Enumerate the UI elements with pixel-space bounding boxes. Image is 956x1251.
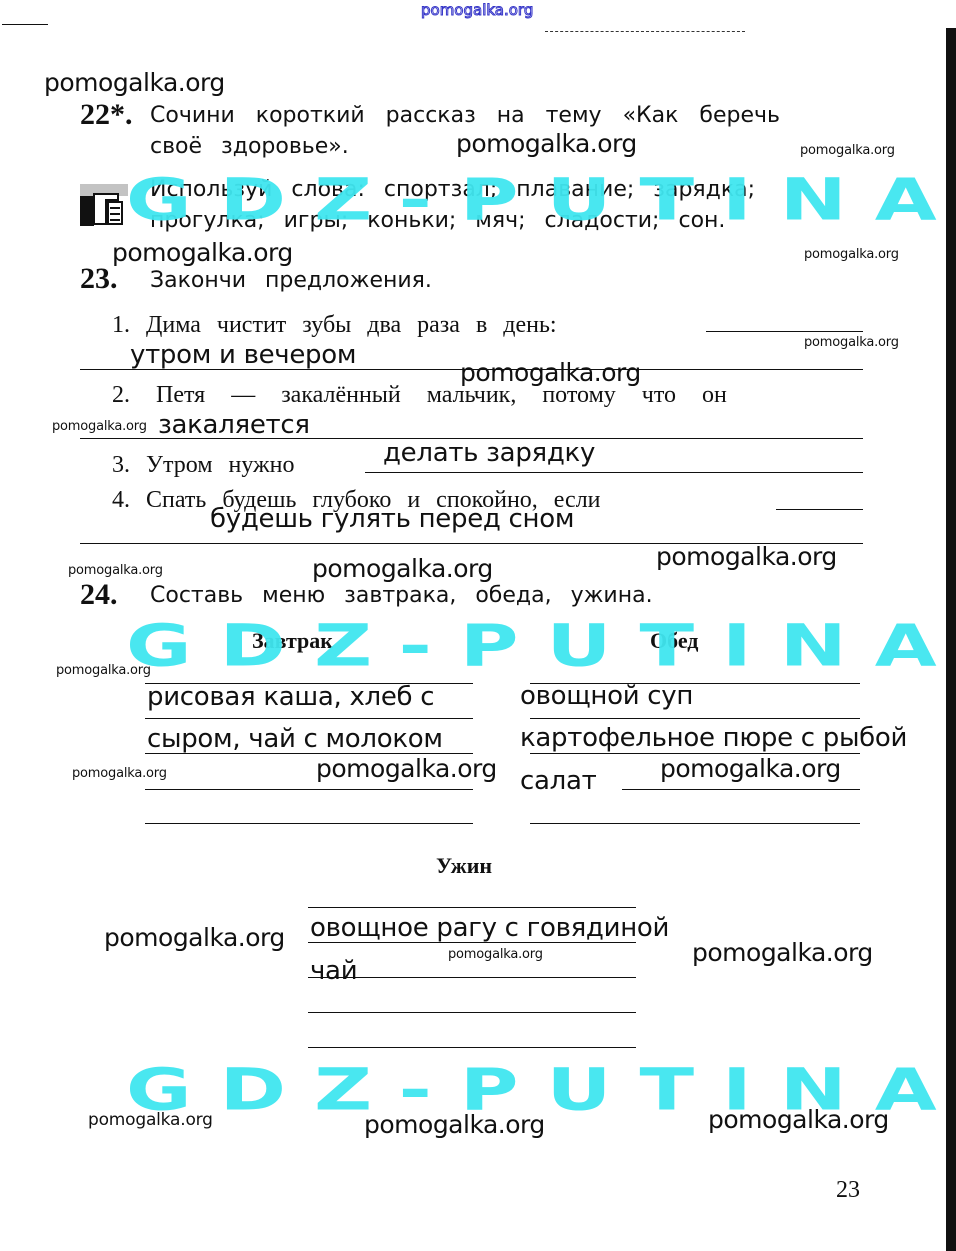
dinner-line: [308, 1047, 636, 1048]
pointing-hand-icon: [78, 180, 130, 228]
task-22-text-line1: Сочини короткий рассказ на тему «Как бер…: [150, 103, 780, 128]
sentence-1-answer[interactable]: утром и вечером: [130, 340, 356, 370]
sentence-4-answer[interactable]: будешь гулять перед сном: [210, 504, 574, 534]
watermark-text: pomogalka.org: [692, 938, 873, 967]
watermark-text: pomogalka.org: [456, 129, 637, 158]
breakfast-item-1[interactable]: рисовая каша, хлеб с: [147, 682, 434, 712]
answer-line: [365, 472, 863, 473]
cyan-watermark: GDZ-PUTINA.RU: [126, 612, 956, 679]
watermark-text: pomogalka.org: [364, 1110, 545, 1139]
watermark-text: pomogalka.org: [448, 947, 543, 962]
answer-line: [776, 509, 863, 510]
task-22-text-line2: своё здоровье».: [150, 134, 349, 159]
watermark-text: pomogalka.org: [660, 754, 841, 783]
lunch-item-3[interactable]: салат: [520, 766, 596, 796]
task-22-number: 22*.: [80, 98, 133, 132]
watermark-text: pomogalka.org: [88, 1110, 213, 1130]
watermark-text: pomogalka.org: [656, 542, 837, 571]
lunch-line: [622, 789, 860, 790]
top-rule-right: [545, 31, 745, 32]
dinner-line: [308, 942, 636, 943]
lunch-item-1[interactable]: овощной суп: [520, 681, 693, 711]
task-24-title: Составь меню завтрака, обеда, ужина.: [150, 583, 653, 608]
watermark-text: pomogalka.org: [68, 563, 163, 578]
watermark-text: pomogalka.org: [52, 419, 147, 434]
sentence-3-answer[interactable]: делать зарядку: [383, 438, 595, 468]
breakfast-line: [145, 789, 473, 790]
task-24-number: 24.: [80, 578, 118, 612]
cyan-watermark: GDZ-PUTINA.RU: [126, 166, 956, 233]
dinner-line: [308, 977, 636, 978]
lunch-line: [530, 718, 860, 719]
sentence-3-prompt: 3. Утром нужно: [112, 452, 294, 479]
breakfast-item-2[interactable]: сыром, чай с молоком: [147, 724, 443, 754]
dinner-item-1[interactable]: овощное рагу с говядиной: [310, 913, 669, 943]
lunch-line: [530, 823, 860, 824]
watermark-text: pomogalka.org: [708, 1105, 889, 1134]
watermark-text: pomogalka.org: [44, 68, 225, 97]
dinner-line: [308, 1012, 636, 1013]
task-23-number: 23.: [80, 262, 118, 296]
top-rule-left: [2, 24, 48, 25]
lunch-item-2[interactable]: картофельное пюре с рыбой: [520, 723, 907, 753]
breakfast-line: [145, 823, 473, 824]
top-watermark: pomogalka.org: [421, 1, 533, 19]
dinner-item-2[interactable]: чай: [310, 956, 357, 986]
watermark-text: pomogalka.org: [316, 754, 497, 783]
sentence-2-prompt: 2. Петя — закалённый мальчик, потому что…: [112, 382, 727, 409]
sentence-1-prompt: 1. Дима чистит зубы два раза в день:: [112, 312, 557, 339]
watermark-text: pomogalka.org: [104, 923, 285, 952]
dinner-heading: Ужин: [436, 853, 492, 879]
watermark-text: pomogalka.org: [72, 766, 167, 781]
sentence-2-answer[interactable]: закаляется: [158, 410, 310, 440]
answer-line: [706, 331, 863, 332]
dinner-line: [308, 907, 636, 908]
watermark-text: pomogalka.org: [804, 335, 899, 350]
watermark-text: pomogalka.org: [56, 663, 151, 678]
page-number: 23: [836, 1177, 860, 1204]
watermark-text: pomogalka.org: [312, 554, 493, 583]
watermark-text: pomogalka.org: [112, 238, 293, 267]
task-23-title: Закончи предложения.: [150, 268, 432, 293]
watermark-text: pomogalka.org: [800, 143, 895, 158]
watermark-text: pomogalka.org: [804, 247, 899, 262]
breakfast-line: [145, 718, 473, 719]
